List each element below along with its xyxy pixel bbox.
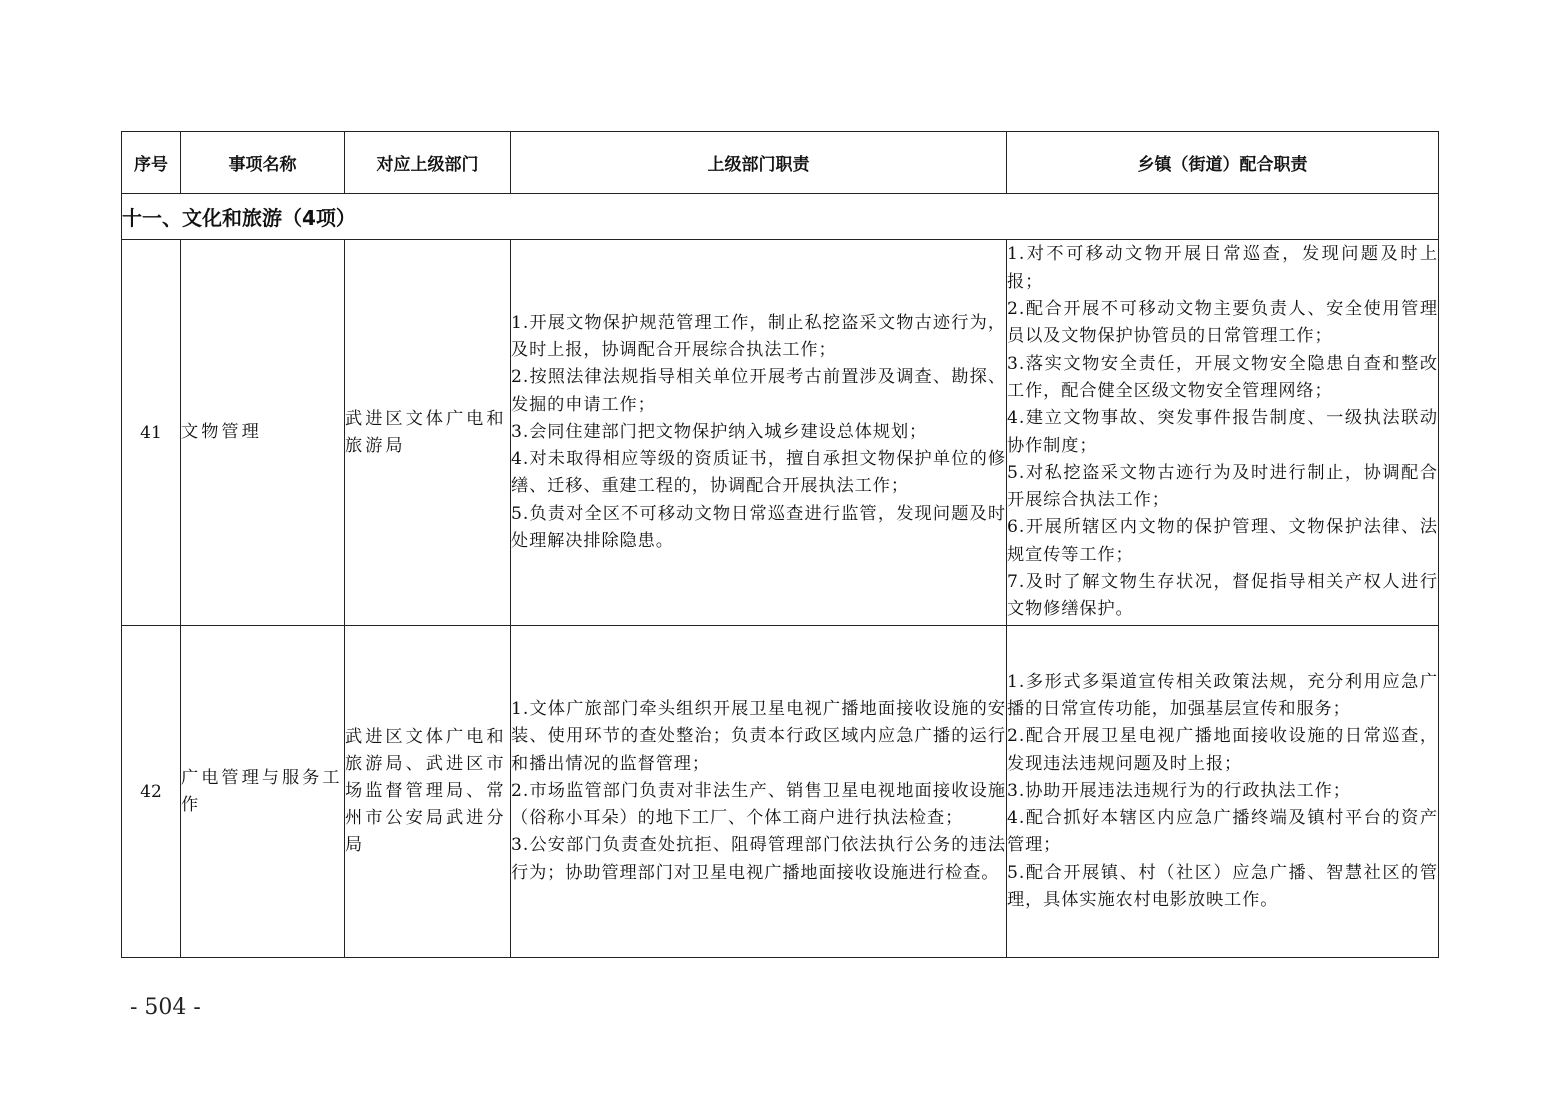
township-duties: 1.多形式多渠道宣传相关政策法规，充分利用应急广播的日常宣传功能，加强基层宣传和… [1007, 626, 1439, 958]
duty-item: 1.文体广旅部门牵头组织开展卫星电视广播地面接收设施的安装、使用环节的查处整治；… [511, 696, 1006, 778]
header-no: 序号 [122, 132, 181, 194]
duty-item: 6.开展所辖区内文物的保护管理、文物保护法律、法规宣传等工作； [1007, 514, 1438, 569]
document-page: 序号 事项名称 对应上级部门 上级部门职责 乡镇（街道）配合职责 十一、文化和旅… [0, 0, 1559, 1102]
duty-item: 2.配合开展卫星电视广播地面接收设施的日常巡查，发现违法违规问题及时上报； [1007, 723, 1438, 778]
duty-item: 4.配合抓好本辖区内应急广播终端及镇村平台的资产管理； [1007, 805, 1438, 860]
header-item-name: 事项名称 [181, 132, 345, 194]
item-name: 文物管理 [181, 240, 345, 626]
duty-item: 2.配合开展不可移动文物主要负责人、安全使用管理员以及文物保护协管员的日常管理工… [1007, 296, 1438, 351]
duty-item: 2.按照法律法规指导相关单位开展考古前置涉及调查、勘探、发掘的申请工作； [511, 364, 1006, 419]
duties-table: 序号 事项名称 对应上级部门 上级部门职责 乡镇（街道）配合职责 十一、文化和旅… [121, 131, 1439, 958]
duty-item: 7.及时了解文物生存状况，督促指导相关产权人进行文物修缮保护。 [1007, 569, 1438, 624]
table-row: 42 广电管理与服务工作 武进区文体广电和旅游局、武进区市场监督管理局、常州市公… [122, 626, 1439, 958]
table-row: 41 文物管理 武进区文体广电和旅游局 1.开展文物保护规范管理工作，制止私挖盗… [122, 240, 1439, 626]
header-superior-dept: 对应上级部门 [345, 132, 511, 194]
superior-duties: 1.文体广旅部门牵头组织开展卫星电视广播地面接收设施的安装、使用环节的查处整治；… [511, 626, 1007, 958]
superior-dept: 武进区文体广电和旅游局、武进区市场监督管理局、常州市公安局武进分局 [345, 626, 511, 958]
duty-item: 4.对未取得相应等级的资质证书，擅自承担文物保护单位的修缮、迁移、重建工程的，协… [511, 446, 1006, 501]
duty-item: 1.开展文物保护规范管理工作，制止私挖盗采文物古迹行为，及时上报，协调配合开展综… [511, 310, 1006, 365]
row-number: 41 [122, 240, 181, 626]
duty-item: 3.公安部门负责查处抗拒、阻碍管理部门依法执行公务的违法行为；协助管理部门对卫星… [511, 832, 1006, 887]
duty-item: 2.市场监管部门负责对非法生产、销售卫星电视地面接收设施（俗称小耳朵）的地下工厂… [511, 778, 1006, 833]
township-duties: 1.对不可移动文物开展日常巡查，发现问题及时上报； 2.配合开展不可移动文物主要… [1007, 240, 1439, 626]
superior-duties: 1.开展文物保护规范管理工作，制止私挖盗采文物古迹行为，及时上报，协调配合开展综… [511, 240, 1007, 626]
header-superior-duties: 上级部门职责 [511, 132, 1007, 194]
row-number: 42 [122, 626, 181, 958]
duty-item: 1.对不可移动文物开展日常巡查，发现问题及时上报； [1007, 241, 1438, 296]
duty-item: 3.会同住建部门把文物保护纳入城乡建设总体规划； [511, 419, 1006, 446]
section-row: 十一、文化和旅游（4项） [122, 194, 1439, 240]
page-number: - 504 - [130, 995, 201, 1020]
duty-item: 3.落实文物安全责任，开展文物安全隐患自查和整改工作，配合健全区级文物安全管理网… [1007, 351, 1438, 406]
duty-item: 4.建立文物事故、突发事件报告制度、一级执法联动协作制度； [1007, 405, 1438, 460]
section-title: 十一、文化和旅游（4项） [122, 194, 1439, 240]
table-header-row: 序号 事项名称 对应上级部门 上级部门职责 乡镇（街道）配合职责 [122, 132, 1439, 194]
duty-item: 5.对私挖盗采文物古迹行为及时进行制止，协调配合开展综合执法工作； [1007, 460, 1438, 515]
header-township-duties: 乡镇（街道）配合职责 [1007, 132, 1439, 194]
item-name: 广电管理与服务工作 [181, 626, 345, 958]
superior-dept: 武进区文体广电和旅游局 [345, 240, 511, 626]
duty-item: 1.多形式多渠道宣传相关政策法规，充分利用应急广播的日常宣传功能，加强基层宣传和… [1007, 669, 1438, 724]
duty-item: 5.负责对全区不可移动文物日常巡查进行监管，发现问题及时处理解决排除隐患。 [511, 501, 1006, 556]
duty-item: 3.协助开展违法违规行为的行政执法工作； [1007, 778, 1438, 805]
duty-item: 5.配合开展镇、村（社区）应急广播、智慧社区的管理，具体实施农村电影放映工作。 [1007, 860, 1438, 915]
